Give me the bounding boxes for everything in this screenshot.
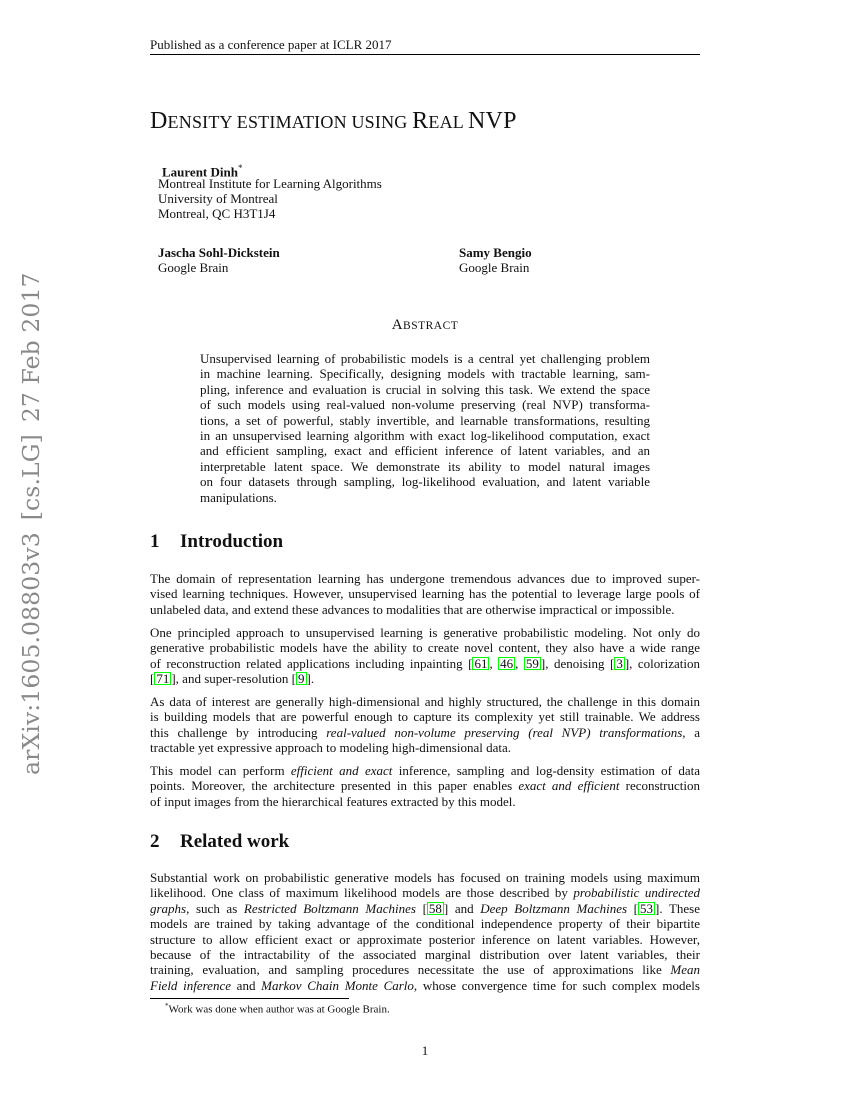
arxiv-category: [cs.LG]: [17, 434, 45, 520]
arxiv-date: 27 Feb 2017: [17, 272, 45, 422]
author-name: Jascha Sohl-Dickstein: [158, 245, 280, 260]
author-block-sohl-dickstein: Jascha Sohl-Dickstein Google Brain: [158, 245, 280, 275]
related-work-paragraph-1: Substantial work on probabilistic genera…: [150, 870, 700, 993]
abstract-heading: ABSTRACT: [0, 317, 850, 334]
citation-link[interactable]: 53: [638, 902, 655, 915]
author-block-bengio: Samy Bengio Google Brain: [459, 245, 532, 275]
arxiv-stamp: arXiv:1605.08803v3[cs.LG]27 Feb 2017: [17, 272, 45, 775]
citation-link[interactable]: 3: [614, 657, 625, 670]
citation-link[interactable]: 71: [154, 672, 171, 685]
intro-paragraph-2: One principled approach to unsupervised …: [150, 625, 700, 687]
section-heading-related-work: 2Related work: [150, 831, 289, 853]
intro-paragraph-3: As data of interest are generally high-d…: [150, 694, 700, 756]
citation-link[interactable]: 46: [498, 657, 515, 670]
arxiv-id[interactable]: arXiv:1605.08803v3: [17, 532, 45, 775]
citation-link[interactable]: 58: [427, 902, 444, 915]
citation-link[interactable]: 61: [472, 657, 489, 670]
running-header: Published as a conference paper at ICLR …: [150, 37, 392, 53]
author-affiliation-dinh: Montreal Institute for Learning Algorith…: [158, 176, 382, 221]
citation-link[interactable]: 9: [296, 672, 307, 685]
citation-link[interactable]: 59: [524, 657, 541, 670]
footnote: *Work was done when author was at Google…: [165, 1002, 390, 1016]
header-rule: [150, 54, 700, 55]
author-affiliation: Google Brain: [158, 260, 280, 275]
intro-paragraph-1: The domain of representation learning ha…: [150, 571, 700, 617]
page-number: 1: [0, 1043, 850, 1059]
author-name: Samy Bengio: [459, 245, 532, 260]
footnote-mark[interactable]: *: [238, 163, 243, 173]
footnote-rule: [150, 998, 349, 999]
abstract-body: Unsupervised learning of probabilistic m…: [200, 351, 650, 505]
author-affiliation: Google Brain: [459, 260, 532, 275]
paper-title: DENSITY ESTIMATION USING REAL NVP: [150, 108, 517, 135]
section-heading-introduction: 1Introduction: [150, 531, 283, 553]
intro-paragraph-4: This model can perform efficient and exa…: [150, 763, 700, 809]
